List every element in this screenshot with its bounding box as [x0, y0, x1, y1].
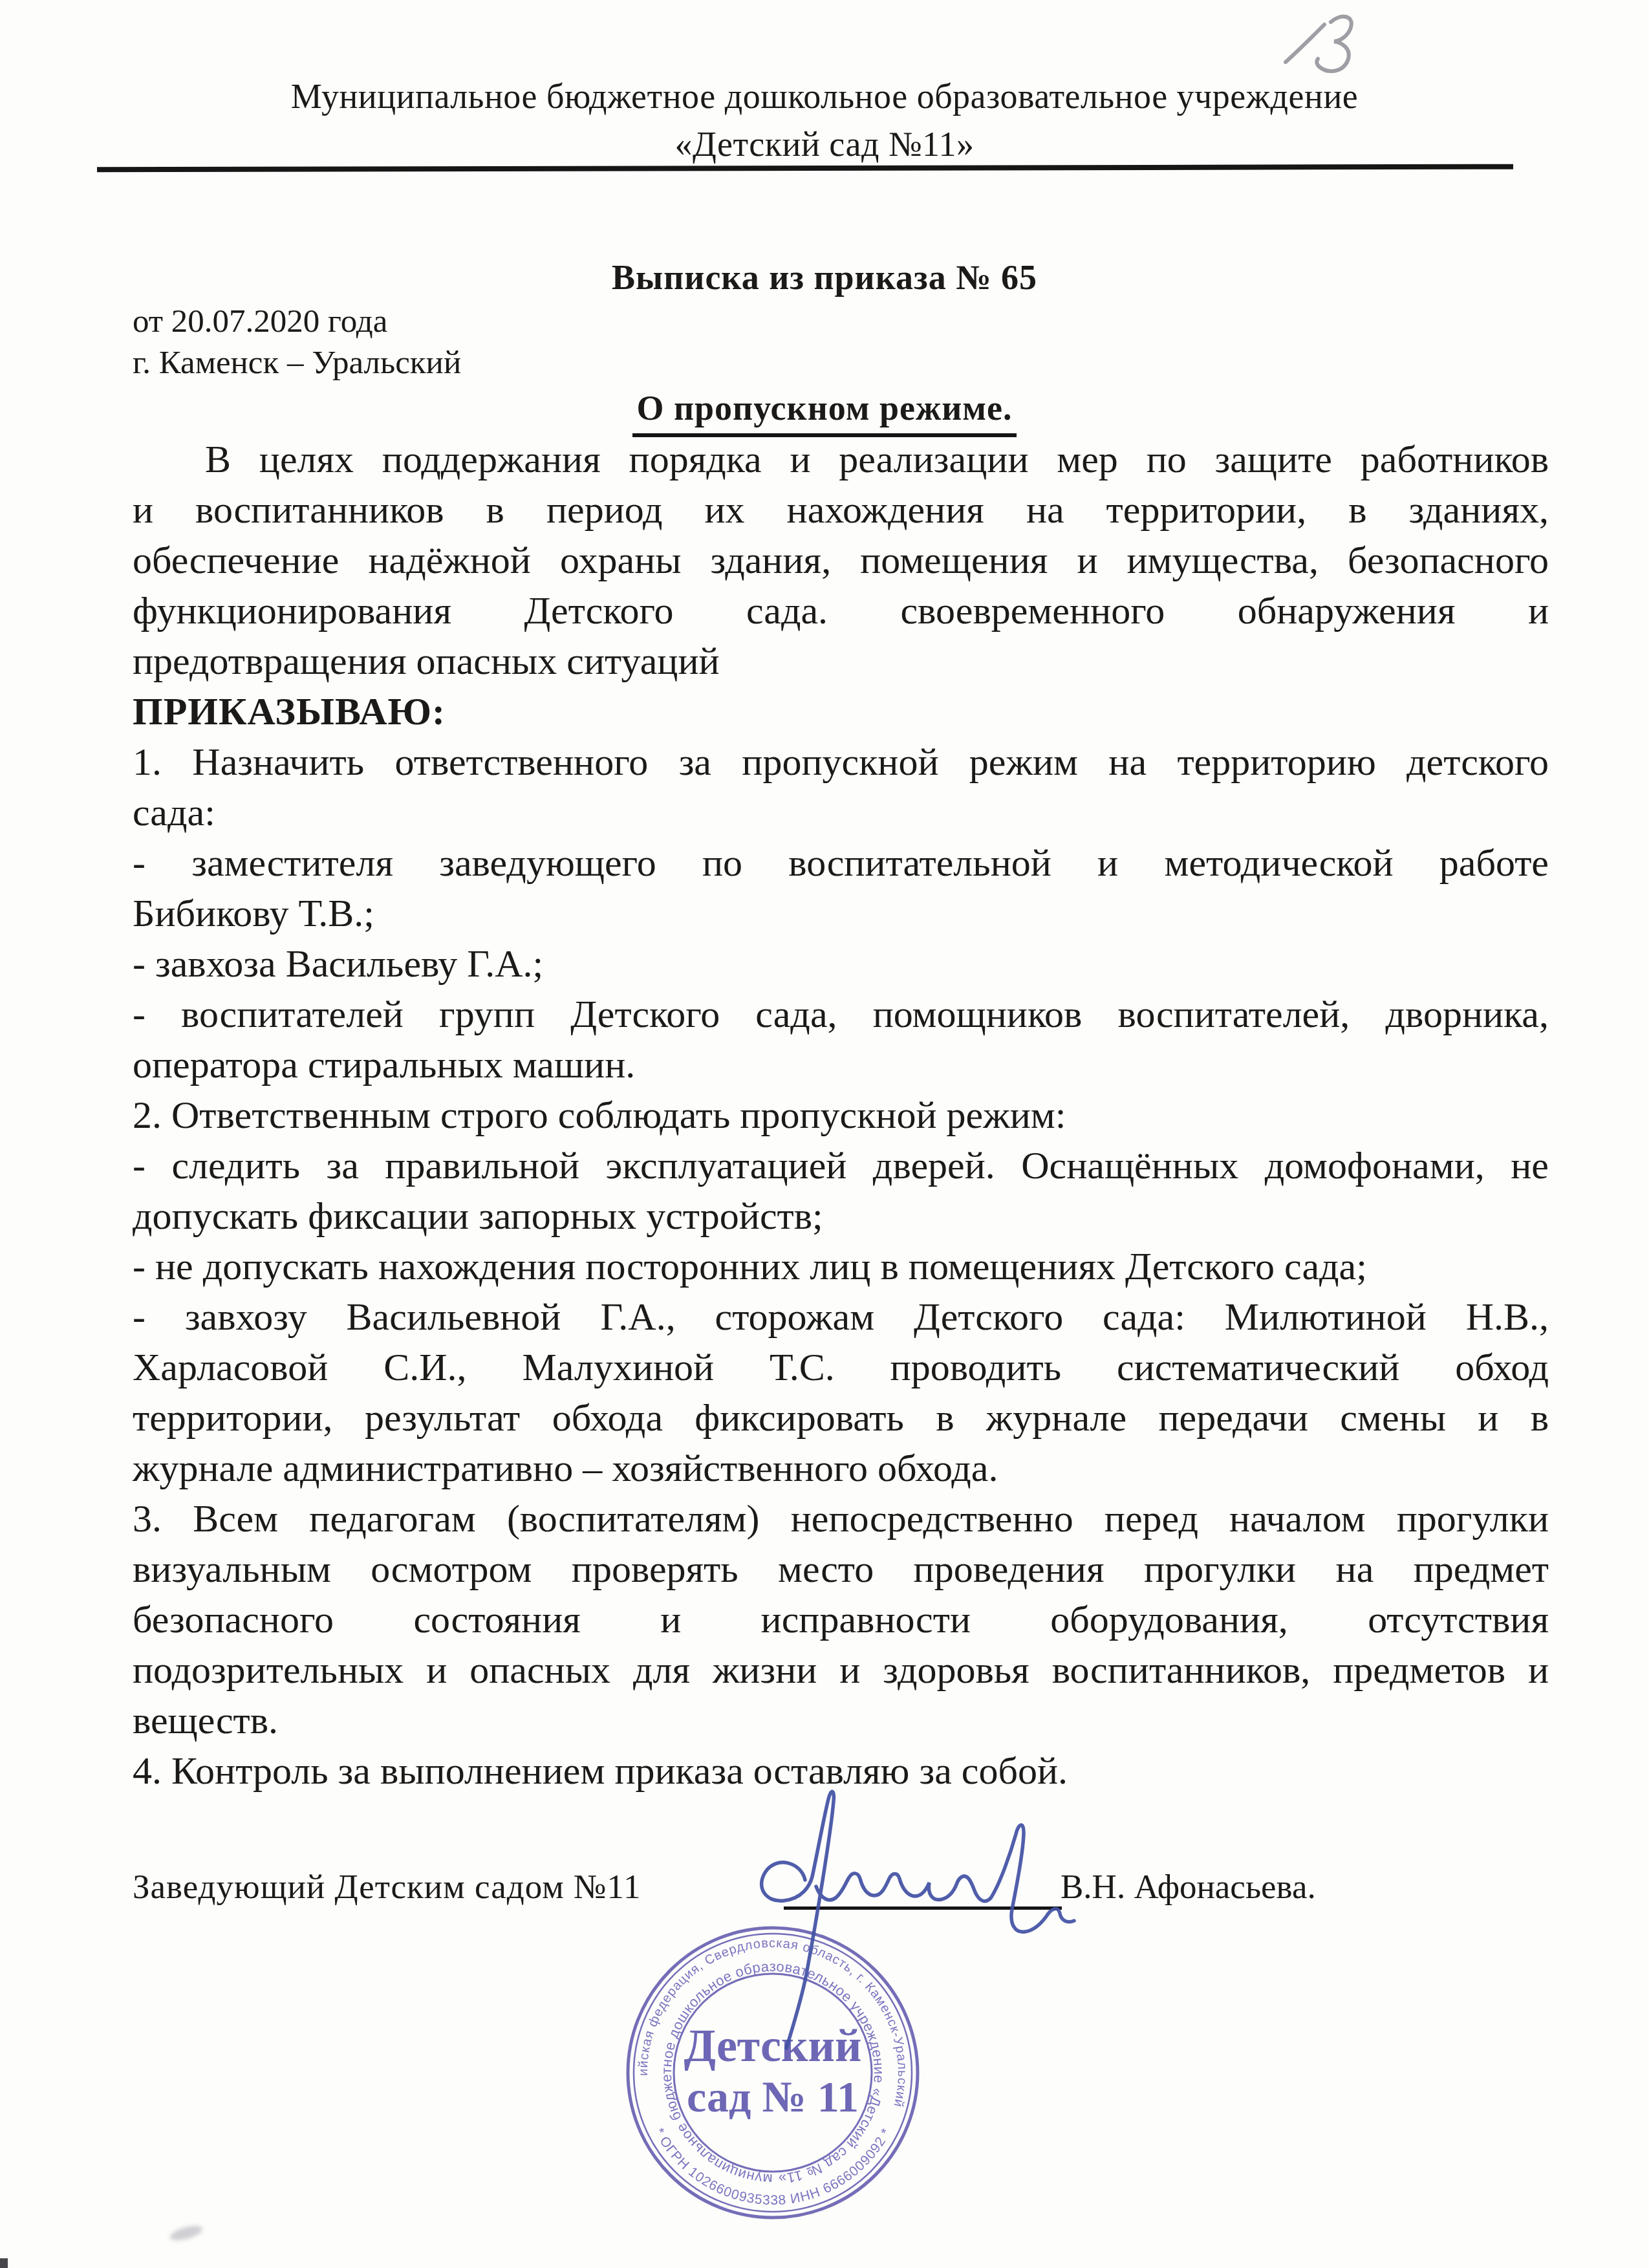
body-line: Бибикову Т.В.;	[133, 888, 1549, 938]
org-header-line2: «Детский сад №11»	[0, 120, 1649, 168]
signature-ink	[744, 1780, 1106, 2058]
body-line: - завхоза Васильеву Г.А.;	[133, 938, 1549, 989]
body-line: оператора стиральных машин.	[133, 1039, 1549, 1090]
body-line: Харласовой С.И., Малухиной Т.С. проводит…	[133, 1342, 1549, 1392]
scan-smudge	[169, 2223, 204, 2243]
body-line: территории, результат обхода фиксировать…	[133, 1392, 1549, 1443]
body-line: 2. Ответственным строго соблюдать пропус…	[133, 1090, 1549, 1140]
body-line: - следить за правильной эксплуатацией дв…	[133, 1140, 1549, 1191]
scanned-document-page: Муниципальное бюджетное дошкольное образ…	[0, 0, 1649, 2268]
org-header: Муниципальное бюджетное дошкольное образ…	[0, 72, 1649, 168]
body-line: В целях поддержания порядка и реализации…	[133, 434, 1549, 484]
signature-stroke-loop-stem	[762, 1791, 834, 2048]
signature-role: Заведующий Детским садом №11	[133, 1868, 641, 1906]
body-line: и воспитанников в период их нахождения н…	[133, 484, 1549, 535]
org-header-line1: Муниципальное бюджетное дошкольное образ…	[0, 72, 1649, 120]
body-line: 3. Всем педагогам (воспитателям) непосре…	[133, 1493, 1549, 1544]
body-line: 1. Назначить ответственного за пропускно…	[133, 737, 1549, 787]
body-line: - воспитателей групп Детского сада, помо…	[133, 989, 1549, 1039]
body-line: - завхозу Васильевной Г.А., сторожам Дет…	[133, 1291, 1549, 1342]
decree-word: ПРИКАЗЫВАЮ:	[133, 686, 1549, 737]
body-line: сада:	[133, 787, 1549, 837]
body-line: визуальным осмотром проверять место пров…	[133, 1544, 1549, 1594]
body-line: веществ.	[133, 1695, 1549, 1745]
body-line: функционирования Детского сада. своеврем…	[133, 585, 1549, 636]
signature-stroke-letters	[816, 1825, 1074, 1932]
order-title: Выписка из приказа № 65	[0, 257, 1649, 297]
order-place: г. Каменск – Уральский	[133, 344, 461, 382]
order-subject: О пропускном режиме.	[0, 388, 1649, 437]
body-line: - заместителя заведующего по воспитатель…	[133, 837, 1549, 888]
body-line: безопасного состояния и исправности обор…	[133, 1594, 1549, 1645]
order-body: В целях поддержания порядка и реализации…	[133, 434, 1549, 1796]
body-line: обеспечение надёжной охраны здания, поме…	[133, 535, 1549, 585]
body-line: подозрительных и опасных для жизни и здо…	[133, 1645, 1549, 1695]
body-line: - не допускать нахождения посторонних ли…	[133, 1241, 1549, 1291]
order-date: от 20.07.2020 года	[133, 303, 387, 340]
body-line: предотвращения опасных ситуаций	[133, 636, 1549, 686]
stamp-center-line2: сад № 11	[687, 2072, 859, 2121]
body-line: журнале административно – хозяйственного…	[133, 1443, 1549, 1493]
body-line: допускать фиксации запорных устройств;	[133, 1191, 1549, 1241]
scan-corner-artifact	[0, 2258, 8, 2268]
order-subject-text: О пропускном режиме.	[632, 388, 1016, 437]
pencil-digit-1	[1286, 25, 1324, 62]
